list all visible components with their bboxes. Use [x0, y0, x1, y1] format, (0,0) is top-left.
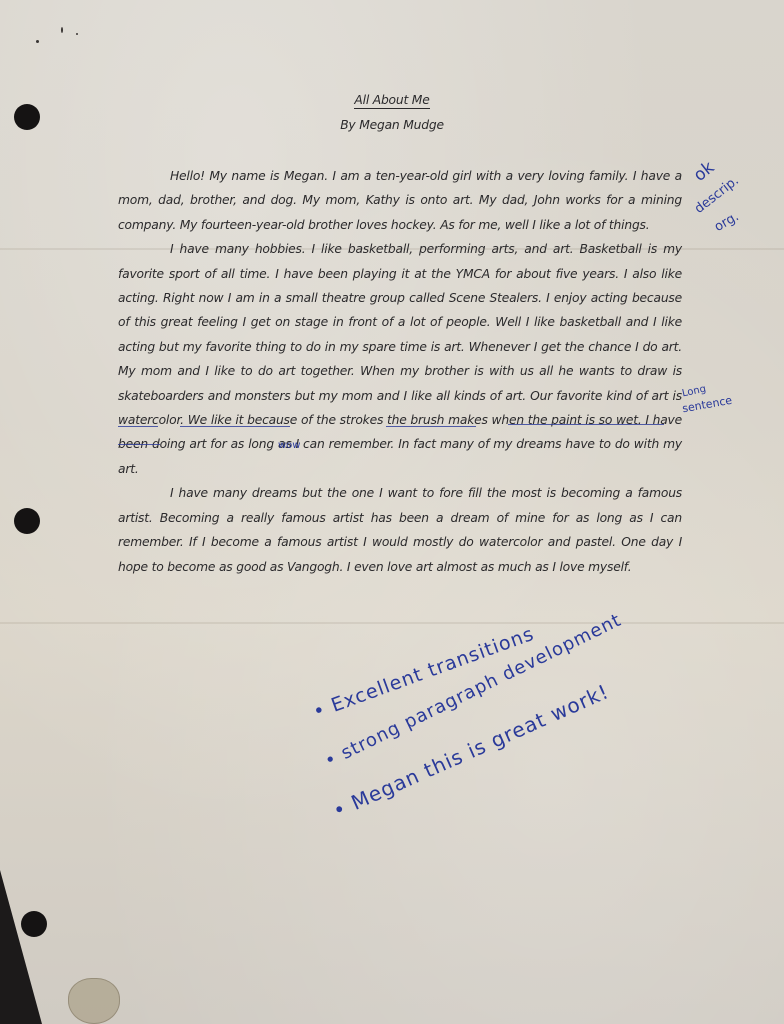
margin-note-long: Long — [681, 384, 707, 400]
inline-note-wow: wow — [278, 440, 300, 451]
pen-underline — [386, 426, 476, 427]
margin-note-org: org. — [712, 209, 742, 235]
pen-underline — [180, 426, 290, 427]
paper-speck — [76, 33, 78, 35]
document-body: Hello! My name is Megan. I am a ten-year… — [118, 164, 682, 579]
pen-underline — [118, 444, 160, 445]
margin-note-ok: ok — [690, 158, 718, 186]
document-title: All About Me — [0, 93, 784, 107]
punch-hole-middle — [14, 508, 40, 534]
paragraph-hobbies: I have many hobbies. I like basketball, … — [118, 237, 682, 481]
paper-speck — [61, 27, 63, 33]
document-author: By Megan Mudge — [0, 118, 784, 132]
paper-sheet: All About Me By Megan Mudge Hello! My na… — [0, 0, 784, 1024]
pen-underline — [508, 424, 664, 425]
document-title-text: All About Me — [354, 93, 429, 109]
paper-stain — [68, 978, 120, 1024]
pen-underline — [118, 426, 158, 427]
paragraph-dreams: I have many dreams but the one I want to… — [118, 481, 682, 579]
punch-hole-bottom — [21, 911, 47, 937]
paper-speck — [36, 40, 39, 43]
paper-crease — [0, 622, 784, 624]
paragraph-introduction: Hello! My name is Megan. I am a ten-year… — [118, 164, 682, 237]
